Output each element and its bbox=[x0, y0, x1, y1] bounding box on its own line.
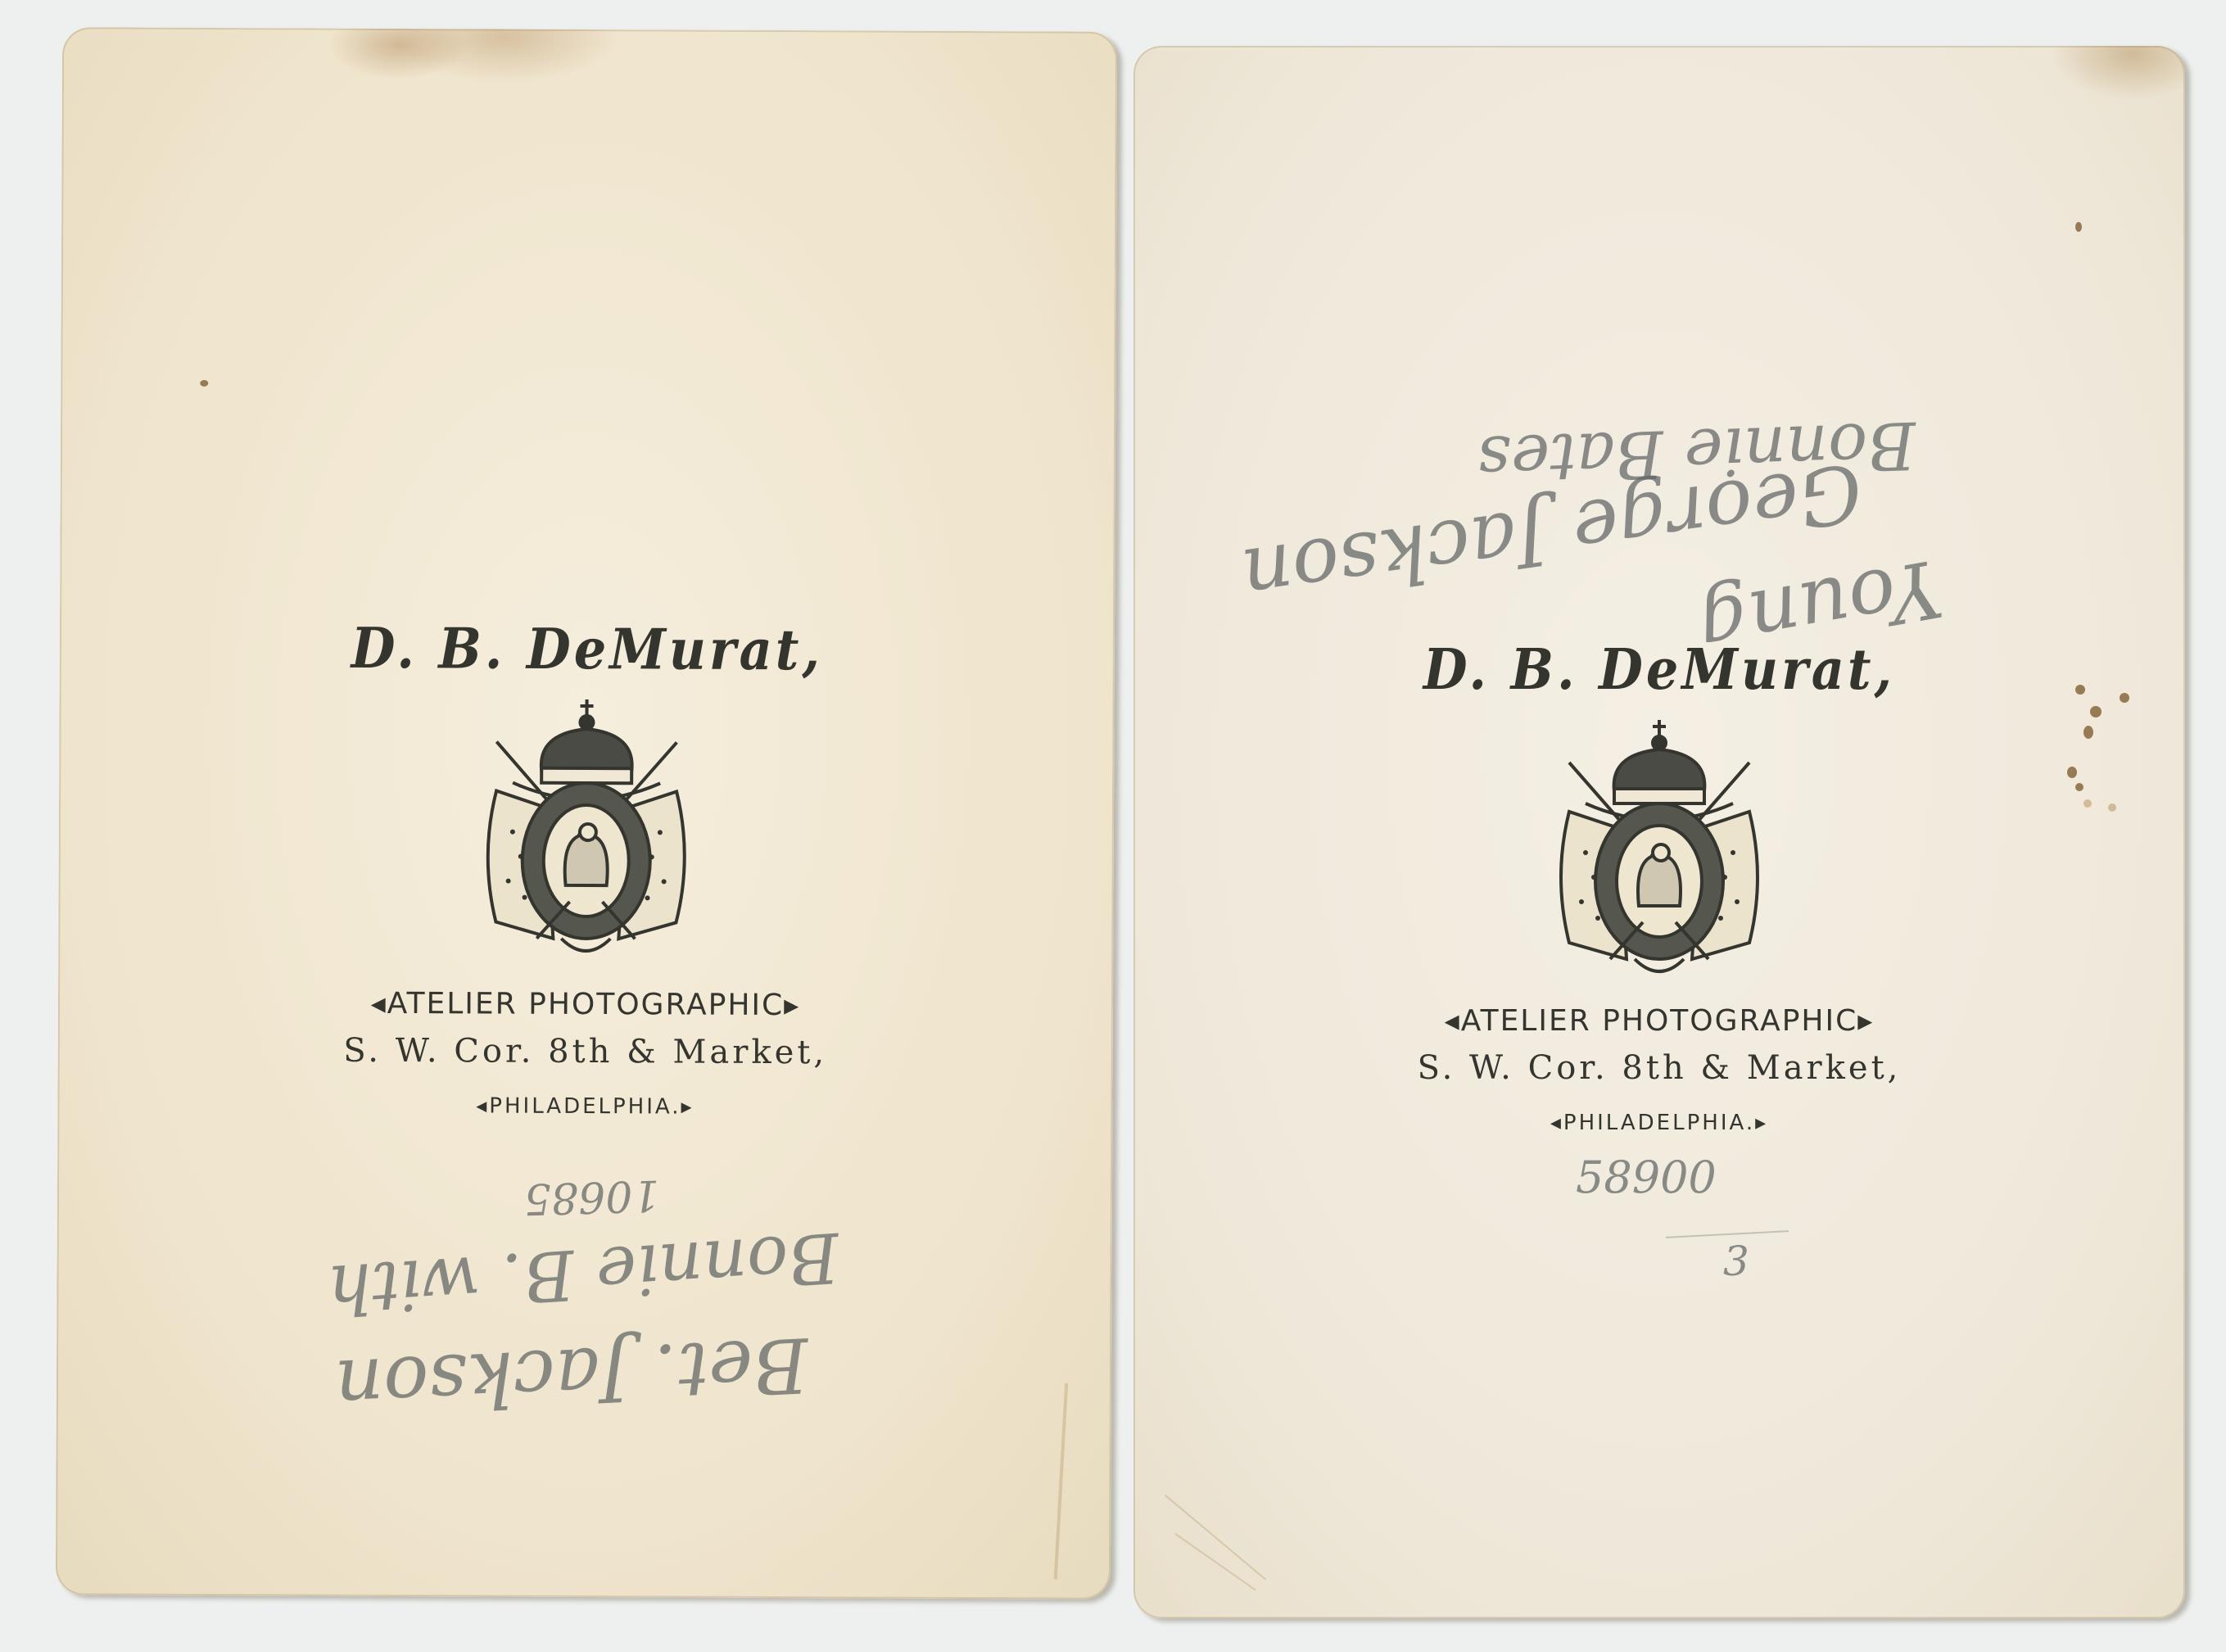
studio-name: D. B. DeMurat, bbox=[60, 614, 1115, 685]
address-line: S. W. Cor. 8th & Market, bbox=[1133, 1049, 2185, 1087]
pencil-note-line1: Bonnie B. with bbox=[325, 1217, 842, 1331]
atelier-line: ◂ATELIER PHOTOGRAPHIC▸ bbox=[1133, 1004, 2185, 1038]
cabinet-card-left: D. B. DeMurat, ◂ATELIER PHOTOGRAPHIC▸ S.… bbox=[56, 27, 1117, 1600]
city-line: ◂PHILADELPHIA.▸ bbox=[1133, 1111, 2185, 1135]
card-crease bbox=[1054, 1383, 1069, 1580]
foxing-spot bbox=[2075, 783, 2083, 791]
foxing-spot bbox=[2075, 222, 2082, 232]
pencil-mark: 3 bbox=[1723, 1238, 1749, 1285]
foxing-spot bbox=[2083, 799, 2092, 808]
address-line: S. W. Cor. 8th & Market, bbox=[58, 1030, 1113, 1073]
foxing-spot bbox=[2067, 767, 2077, 778]
foxing-spot bbox=[2083, 726, 2093, 739]
city-line: ◂PHILADELPHIA.▸ bbox=[57, 1092, 1112, 1121]
foxing-spot bbox=[2108, 803, 2116, 812]
stain-spot bbox=[200, 380, 208, 387]
pencil-number: 10685 bbox=[523, 1170, 660, 1224]
atelier-line: ◂ATELIER PHOTOGRAPHIC▸ bbox=[58, 985, 1113, 1024]
studio-name: D. B. DeMurat, bbox=[1133, 636, 2185, 702]
pencil-number: 58900 bbox=[1576, 1152, 1717, 1203]
coat-of-arms-icon bbox=[463, 692, 709, 971]
foxing-spot bbox=[2090, 706, 2102, 717]
pencil-note-line2: Bet. Jackson bbox=[333, 1320, 811, 1431]
coat-of-arms-icon bbox=[1536, 713, 1782, 992]
cabinet-card-right: Bonnie Bates George Jackson Young D. B. … bbox=[1133, 46, 2185, 1618]
